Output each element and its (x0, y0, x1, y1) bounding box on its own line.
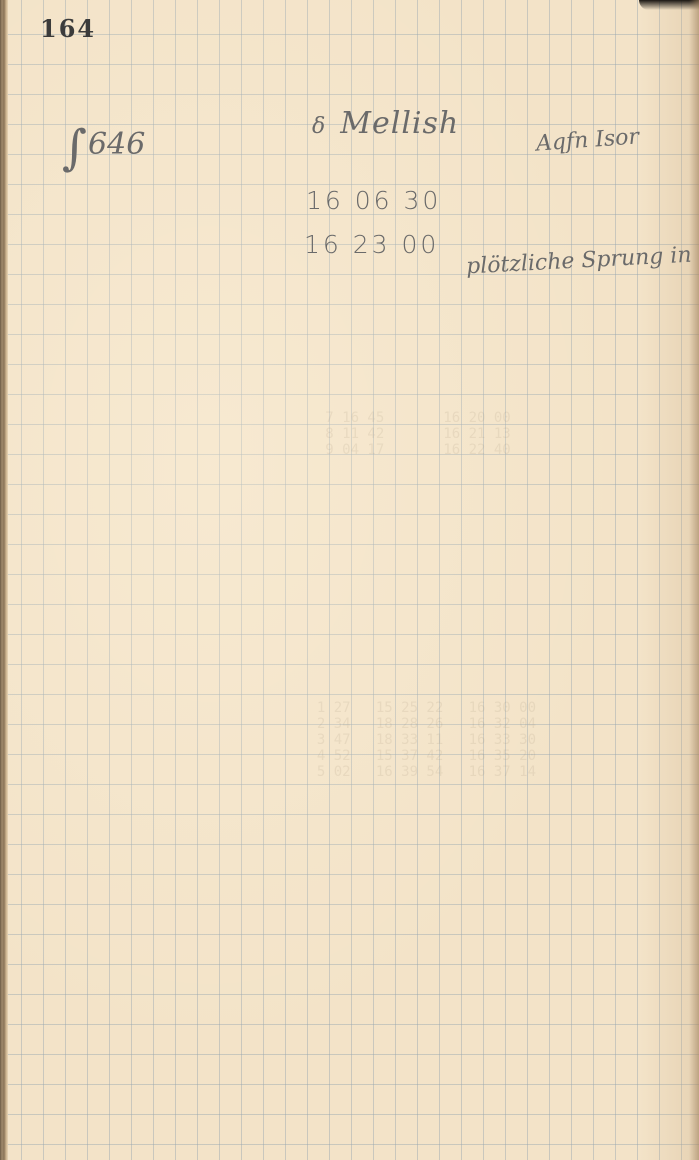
delta-symbol: δ (312, 114, 326, 139)
notebook-page: 164 ∫646 δMellish Aqfn Isor 16 06 30 16 … (0, 0, 699, 1160)
header-note: Aqfn Isor (535, 124, 640, 156)
entry-title: δMellish (312, 106, 459, 141)
page-right-edge (689, 0, 699, 1160)
time-reading-2: 16 23 00 (304, 230, 439, 259)
time-reading-1: 16 06 30 (306, 186, 441, 215)
bleed-through-text: 7 16 45 16 20 00 8 11 42 16 21 13 9 04 1… (300, 410, 511, 458)
page-binding-edge (0, 0, 8, 1160)
integral-symbol: ∫ (62, 120, 87, 176)
reference-value: 646 (88, 127, 145, 162)
reference-number: ∫646 (62, 110, 145, 166)
bleed-through-text: 1 27 15 25 22 16 30 00 2 34 18 28 26 16 … (300, 700, 536, 780)
observation-remark: plötzliche Sprung in δ (466, 242, 699, 280)
star-name: Mellish (340, 106, 459, 141)
page-number: 164 (40, 14, 96, 43)
